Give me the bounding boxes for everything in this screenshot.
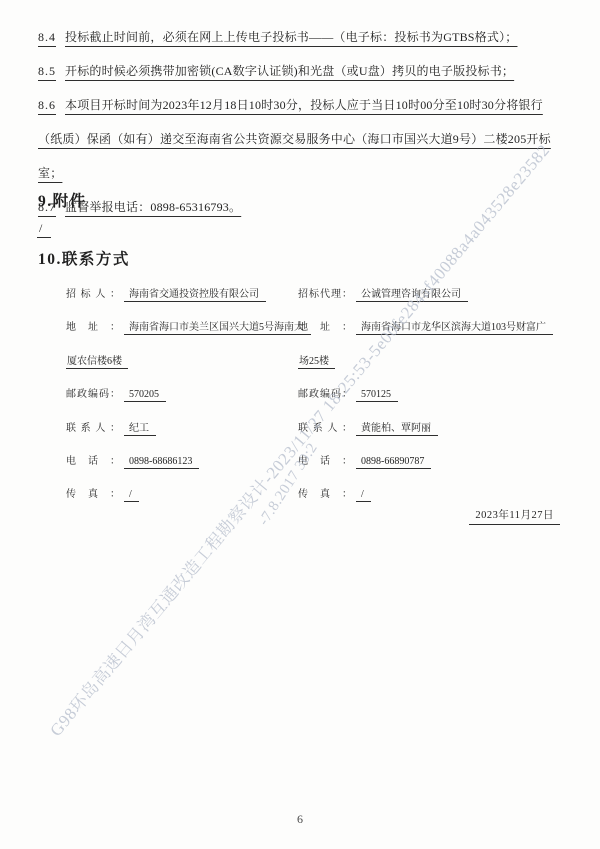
contact-table: 招标人：海南省交通投资控股有限公司 招标代理：公诚管理咨询有限公司 地址：海南省…: [66, 278, 572, 512]
bidder-fax-cell: 传真：/: [66, 478, 298, 511]
bidder-person-value: 纪工: [124, 423, 156, 436]
bidder-phone-cell: 电话：0898-68686123: [66, 445, 298, 478]
clause-text: 投标截止时间前，必须在网上上传电子投标书——（电子标：投标书为GTBS格式）；: [65, 30, 517, 44]
clause-list: 8.4投标截止时间前，必须在网上上传电子投标书——（电子标：投标书为GTBS格式…: [38, 20, 565, 224]
clause-text: 本项目开标时间为2023年12月18日10时30分，投标人应于当日10时00分至…: [38, 98, 551, 180]
bidder-postcode-cell: 邮政编码：570205: [66, 378, 298, 411]
agent-fax-value: /: [356, 489, 371, 502]
bidder-postcode-value: 570205: [124, 389, 166, 402]
section-9-title: 9.附件: [38, 189, 87, 211]
address-label: 地址：: [66, 311, 120, 344]
agent-label: 招标代理：: [298, 278, 352, 311]
clause-number: 8.4: [38, 30, 65, 44]
agent-phone-cell: 电话：0898-66890787: [298, 445, 572, 478]
agent-person-cell: 联系人：黄能柏、覃阿丽: [298, 412, 572, 445]
bidder-address-line1: 海南省海口市美兰区国兴大道5号海南大: [124, 322, 311, 335]
bidder-person-cell: 联系人：纪工: [66, 412, 298, 445]
contact-row-address: 地址：海南省海口市美兰区国兴大道5号海南大 地址：海南省海口市龙华区滨海大道10…: [66, 311, 572, 344]
bidder-address-cont-cell: 厦农信楼6楼: [66, 345, 298, 378]
bidder-cell: 招标人：海南省交通投资控股有限公司: [66, 278, 298, 311]
clause-number: 8.5: [38, 64, 65, 78]
agent-phone-value: 0898-66890787: [356, 456, 431, 469]
bidder-fax-value: /: [124, 489, 139, 502]
person-label: 联系人：: [298, 412, 352, 445]
agent-postcode-value: 570125: [356, 389, 398, 402]
section-9-content: /: [37, 221, 51, 238]
bidder-phone-value: 0898-68686123: [124, 456, 199, 469]
bidder-value: 海南省交通投资控股有限公司: [124, 289, 266, 302]
person-label: 联系人：: [66, 412, 120, 445]
agent-person-value: 黄能柏、覃阿丽: [356, 423, 438, 436]
agent-value: 公诚管理咨询有限公司: [356, 289, 468, 302]
bidder-address-line2: 厦农信楼6楼: [66, 356, 128, 369]
clause-number: 8.6: [38, 98, 65, 112]
postcode-label: 邮政编码：: [298, 378, 352, 411]
phone-label: 电话：: [298, 445, 352, 478]
fax-label: 传真：: [298, 478, 352, 511]
page-number: 6: [0, 812, 600, 827]
contact-row-postcode: 邮政编码：570205 邮政编码：570125: [66, 378, 572, 411]
address-label: 地址：: [298, 311, 352, 344]
contact-row-party: 招标人：海南省交通投资控股有限公司 招标代理：公诚管理咨询有限公司: [66, 278, 572, 311]
clause-8-6: 8.6本项目开标时间为2023年12月18日10时30分，投标人应于当日10时0…: [38, 88, 565, 190]
contact-row-address-cont: 厦农信楼6楼 场25楼: [66, 345, 572, 378]
phone-label: 电话：: [66, 445, 120, 478]
clause-8-4: 8.4投标截止时间前，必须在网上上传电子投标书——（电子标：投标书为GTBS格式…: [38, 20, 565, 54]
bidder-address-cell: 地址：海南省海口市美兰区国兴大道5号海南大: [66, 311, 298, 344]
clause-text: 开标的时候必须携带加密锁(CA数字认证锁)和光盘（或U盘）拷贝的电子版投标书；: [65, 64, 514, 78]
agent-address-cont-cell: 场25楼: [298, 345, 572, 378]
section-10-title: 10.联系方式: [38, 247, 130, 269]
contact-row-phone: 电话：0898-68686123 电话：0898-66890787: [66, 445, 572, 478]
signature-date: 2023年11月27日: [469, 507, 560, 525]
bidder-label: 招标人：: [66, 278, 120, 311]
clause-8-7: 8.7监督举报电话：0898-65316793。: [38, 190, 565, 224]
agent-address-cell: 地址：海南省海口市龙华区滨海大道103号财富广: [298, 311, 572, 344]
clause-text: 监督举报电话：0898-65316793。: [65, 200, 241, 214]
postcode-label: 邮政编码：: [66, 378, 120, 411]
document-page: 8.4投标截止时间前，必须在网上上传电子投标书——（电子标：投标书为GTBS格式…: [0, 0, 600, 849]
agent-address-line2: 场25楼: [298, 356, 335, 369]
contact-row-person: 联系人：纪工 联系人：黄能柏、覃阿丽: [66, 412, 572, 445]
clause-8-5: 8.5开标的时候必须携带加密锁(CA数字认证锁)和光盘（或U盘）拷贝的电子版投标…: [38, 54, 565, 88]
agent-postcode-cell: 邮政编码：570125: [298, 378, 572, 411]
agent-address-line1: 海南省海口市龙华区滨海大道103号财富广: [356, 322, 553, 335]
agent-cell: 招标代理：公诚管理咨询有限公司: [298, 278, 572, 311]
fax-label: 传真：: [66, 478, 120, 511]
